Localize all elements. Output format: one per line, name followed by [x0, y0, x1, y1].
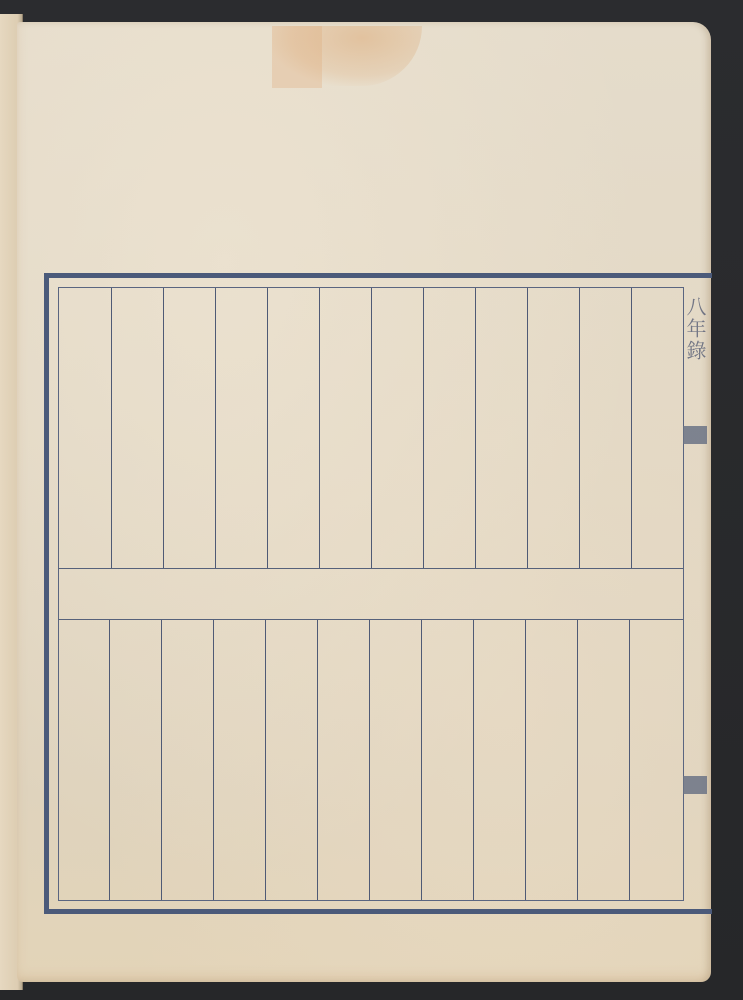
column-rule	[163, 288, 164, 568]
column-rule	[213, 620, 214, 900]
column-rule	[109, 620, 110, 900]
fishtail-mark-upper	[683, 426, 707, 444]
band-top-rule	[58, 568, 684, 569]
column-rule	[369, 620, 370, 900]
column-rule	[579, 288, 580, 568]
margin-rule	[683, 450, 684, 770]
column-rule	[629, 620, 630, 900]
fishtail-mark-lower	[683, 776, 707, 794]
column-rule	[111, 288, 112, 568]
column-rule	[525, 620, 526, 900]
column-rule	[371, 288, 372, 568]
column-rule	[319, 288, 320, 568]
column-rule	[527, 288, 528, 568]
column-rule	[215, 288, 216, 568]
band-bottom-rule	[58, 619, 684, 620]
column-rule	[473, 620, 474, 900]
margin-rule	[683, 800, 684, 900]
column-rule	[631, 288, 632, 568]
margin-title: 八年錄	[684, 296, 710, 362]
column-rule	[317, 620, 318, 900]
column-rule	[265, 620, 266, 900]
column-rule	[421, 620, 422, 900]
column-rule	[577, 620, 578, 900]
column-rule	[267, 288, 268, 568]
column-rule	[475, 288, 476, 568]
column-rule	[423, 288, 424, 568]
column-rule	[161, 620, 162, 900]
